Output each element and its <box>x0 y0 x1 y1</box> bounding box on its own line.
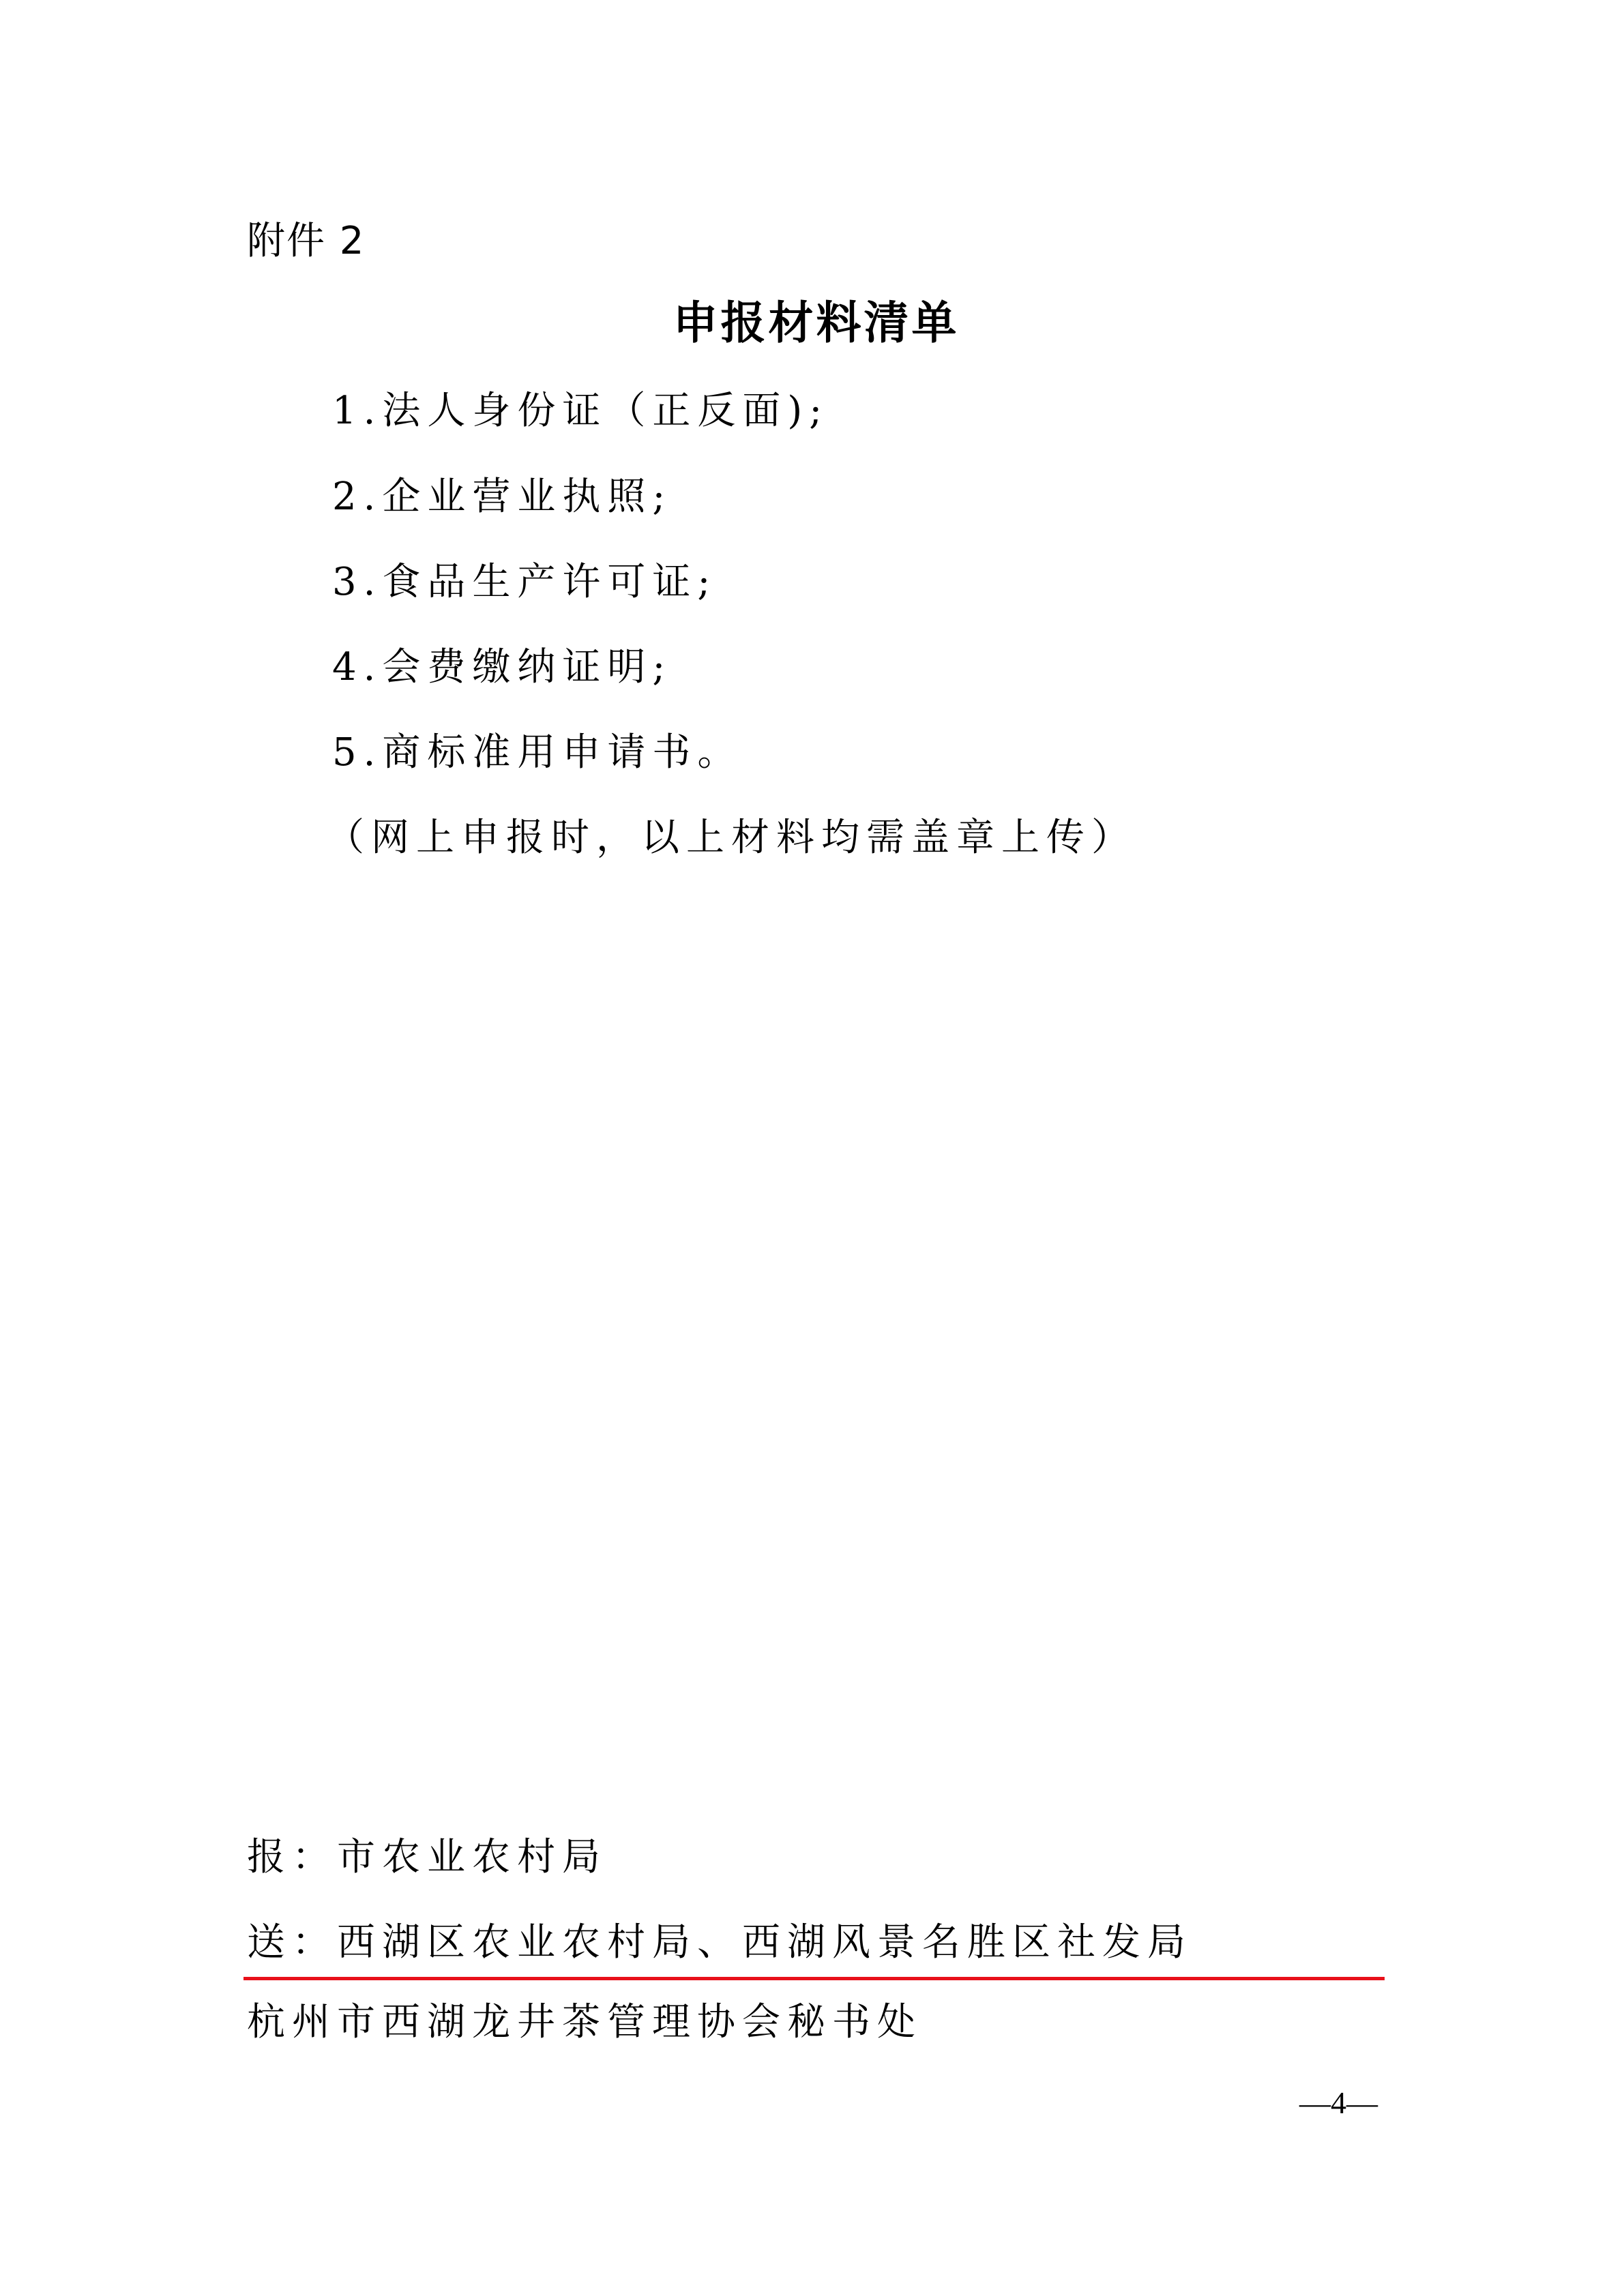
issuer-line: 杭州市西湖龙井茶管理协会秘书处 <box>247 1998 922 2047</box>
list-item: 1.法人身份证（正反面); <box>332 387 829 436</box>
list-item: 3.食品生产许可证; <box>332 558 717 607</box>
list-item: 4.会费缴纳证明; <box>332 643 672 692</box>
upload-note: （网上申报时，以上材料均需盖章上传） <box>326 814 1136 863</box>
red-divider <box>243 1977 1385 1980</box>
report-to-line: 报：市农业农村局 <box>247 1833 607 1882</box>
cc-to-line: 送：西湖区农业农村局、西湖风景名胜区社发局 <box>247 1918 1192 1967</box>
document-title: 申报材料清单 <box>0 295 1624 352</box>
document-title-text: 申报材料清单 <box>673 297 960 349</box>
list-item: 2.企业营业执照; <box>332 473 672 522</box>
list-item: 5.商标准用申请书。 <box>332 728 742 777</box>
page-number: —4— <box>1299 2083 1378 2123</box>
attachment-label: 附件 2 <box>247 217 365 266</box>
